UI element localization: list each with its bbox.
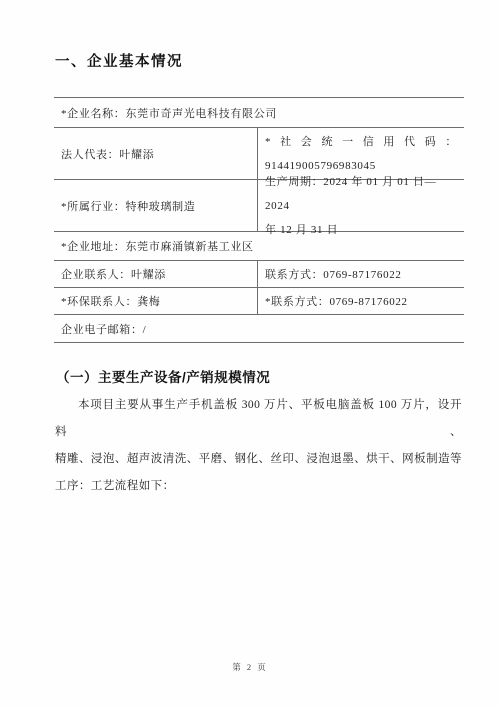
industry-cell: *所属行业：特种玻璃制造 <box>54 180 257 231</box>
production-period-line1: 生产周期：2024 年 01 月 01 日—2024 <box>265 170 457 218</box>
page-title: 一、企业基本情况 <box>55 50 183 71</box>
email-cell: 企业电子邮箱：/ <box>54 315 464 342</box>
company-info-table: *企业名称：东莞市奇声光电科技有限公司 法人代表：叶耀添 *社会统一信用代码： … <box>54 97 464 343</box>
production-description-paragraph: 本项目主要从事生产手机盖板 300 万片、平板电脑盖板 100 万片，设开料、 … <box>55 392 462 500</box>
env-contact-person-cell: *环保联系人：龚梅 <box>54 288 257 314</box>
contact-person-cell: 企业联系人：叶耀添 <box>54 261 257 287</box>
table-row-contact: 企业联系人：叶耀添 联系方式：0769-87176022 <box>54 261 464 288</box>
paragraph-line-1: 本项目主要从事生产手机盖板 300 万片、平板电脑盖板 100 万片，设开料、 <box>55 392 462 446</box>
table-row-email: 企业电子邮箱：/ <box>54 315 464 343</box>
document-page: 一、企业基本情况 *企业名称：东莞市奇声光电科技有限公司 法人代表：叶耀添 *社… <box>0 0 500 707</box>
table-row-env-contact: *环保联系人：龚梅 *联系方式：0769-87176022 <box>54 288 464 315</box>
address-cell: *企业地址：东莞市麻涌镇新基工业区 <box>54 232 464 260</box>
paragraph-line-2: 精雕、浸泡、超声波清洗、平磨、钢化、丝印、浸泡退墨、烘干、网板制造等 <box>55 446 462 473</box>
legal-representative-cell: 法人代表：叶耀添 <box>54 128 257 179</box>
production-period-cell: 生产周期：2024 年 01 月 01 日—2024 年 12 月 31 日 <box>257 180 464 231</box>
page-number: 第 2 页 <box>0 661 500 673</box>
paragraph-line-3: 工序：工艺流程如下： <box>55 473 462 500</box>
contact-phone-cell: 联系方式：0769-87176022 <box>257 261 464 287</box>
company-name-cell: *企业名称：东莞市奇声光电科技有限公司 <box>54 98 464 127</box>
env-contact-phone-cell: *联系方式：0769-87176022 <box>257 288 464 314</box>
section-heading: （一）主要生产设备/产销规模情况 <box>56 366 270 386</box>
table-row-address: *企业地址：东莞市麻涌镇新基工业区 <box>54 232 464 261</box>
credit-code-label: *社会统一信用代码： <box>265 130 457 154</box>
table-row-company-name: *企业名称：东莞市奇声光电科技有限公司 <box>54 98 464 128</box>
table-row-industry-period: *所属行业：特种玻璃制造 生产周期：2024 年 01 月 01 日—2024 … <box>54 180 464 232</box>
